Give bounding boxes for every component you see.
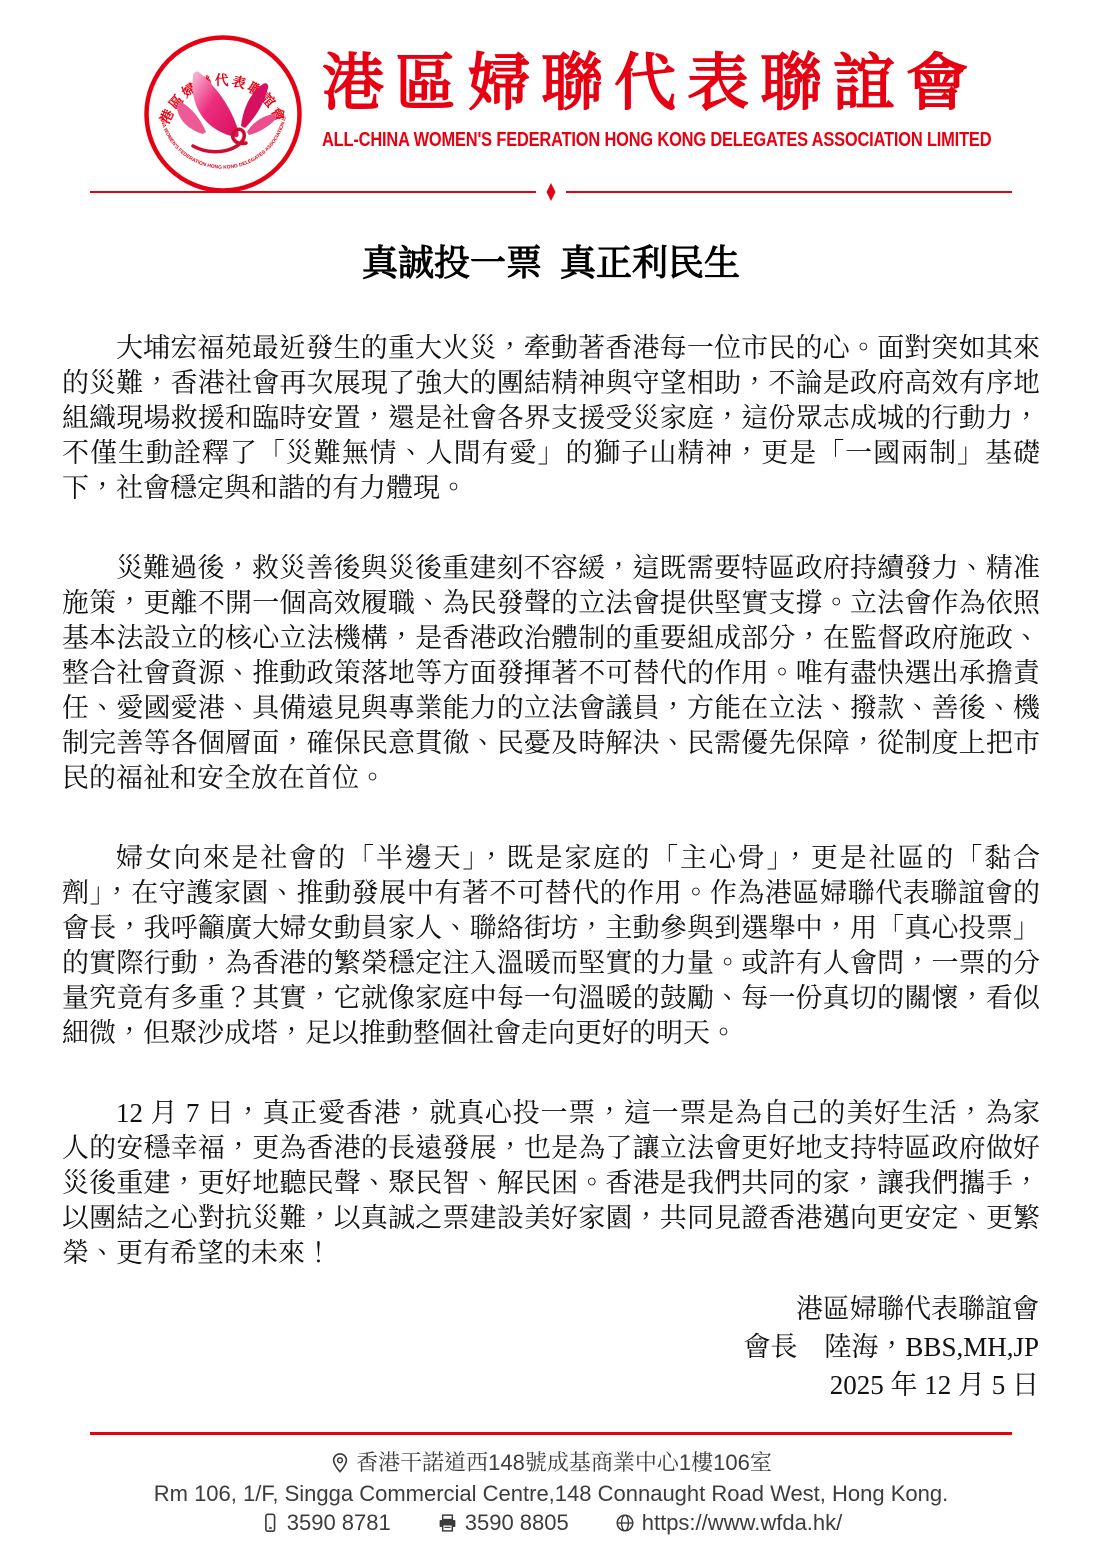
divider-line-left — [90, 191, 536, 193]
diamond-icon — [545, 183, 557, 201]
org-name-chinese: 港區婦聯代表聯誼會 — [322, 50, 982, 118]
footer-address-en: Rm 106, 1/F, Singga Commercial Centre,14… — [0, 1478, 1102, 1509]
signature-date: 2025 年 12 月 5 日 — [743, 1366, 1039, 1404]
footer-website-url[interactable]: https://www.wfda.hk/ — [642, 1510, 843, 1536]
paragraph-1: 大埔宏福苑最近發生的重大火災，牽動著香港每一位市民的心。面對突如其來的災難，香港… — [62, 331, 1040, 506]
signature-org: 港區婦聯代表聯誼會 — [743, 1290, 1039, 1328]
header-divider — [90, 183, 1012, 201]
paragraph-3: 婦女向來是社會的「半邊天」，既是家庭的「主心骨」，更是社區的「黏合劑」，在守護家… — [62, 841, 1040, 1051]
signature-signer: 會長 陸海，BBS,MH,JP — [743, 1328, 1039, 1366]
divider-line-right — [566, 191, 1012, 193]
footer-phone: 3590 8781 — [260, 1510, 391, 1536]
globe-icon — [615, 1513, 635, 1533]
footer-address-zh: 香港干諾道西148號成基商業中心1樓106室 — [0, 1447, 1102, 1478]
location-pin-icon — [330, 1452, 350, 1474]
letter-title: 真誠投一票 真正利民生 — [0, 241, 1102, 285]
fax-printer-icon — [437, 1512, 458, 1534]
signature-block: 港區婦聯代表聯誼會 會長 陸海，BBS,MH,JP 2025 年 12 月 5 … — [743, 1290, 1039, 1404]
paragraph-4: 12 月 7 日，真正愛香港，就真心投一票，這一票是為自己的美好生活，為家人的安… — [62, 1096, 1040, 1271]
footer-fax: 3590 8805 — [437, 1510, 569, 1536]
footer-phone-number: 3590 8781 — [287, 1510, 391, 1536]
paragraph-2: 災難過後，救災善後與災後重建刻不容緩，這既需要特區政府持續發力、精准施策，更離不… — [62, 551, 1040, 796]
footer-divider-line — [90, 1432, 1012, 1435]
letter-footer: 香港干諾道西148號成基商業中心1樓106室 Rm 106, 1/F, Sing… — [0, 1447, 1102, 1536]
org-name-english: ALL-CHINA WOMEN'S FEDERATION HONG KONG D… — [322, 129, 982, 152]
footer-contacts: 3590 8781 3590 8805 https://www.wfda.hk/ — [0, 1510, 1102, 1536]
org-logo: 港區婦聯代表聯誼會 ALL-CHINA WOMEN'S FEDERATION H… — [143, 34, 303, 194]
footer-fax-number: 3590 8805 — [465, 1510, 569, 1536]
mobile-phone-icon — [260, 1512, 280, 1534]
footer-website[interactable]: https://www.wfda.hk/ — [615, 1510, 843, 1536]
letter-page: 港區婦聯代表聯誼會 ALL-CHINA WOMEN'S FEDERATION H… — [0, 0, 1102, 1559]
footer-address-zh-text: 香港干諾道西148號成基商業中心1樓106室 — [356, 1450, 772, 1475]
